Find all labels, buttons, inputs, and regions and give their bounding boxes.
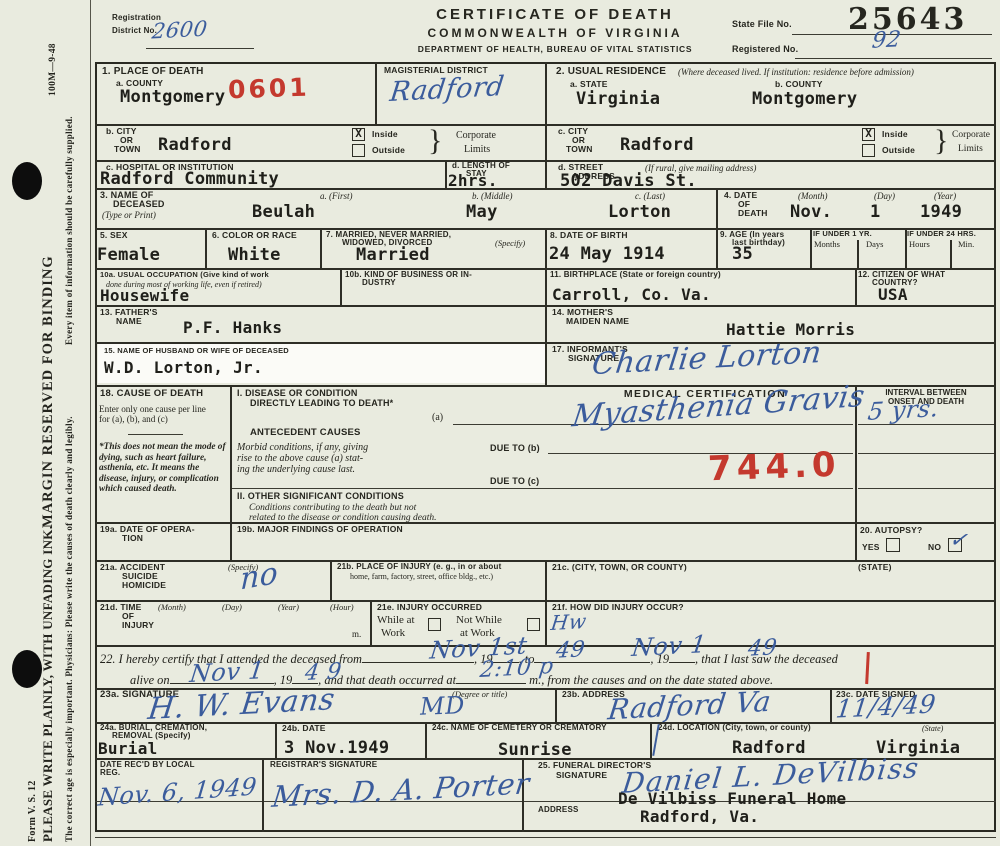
f21e-notwhile-label-1: Not While xyxy=(456,614,502,627)
f2c-town-value: Radford xyxy=(620,137,694,154)
f1-brace: } xyxy=(428,124,442,159)
f2-outside-checkbox xyxy=(862,144,875,157)
f1a-county-value: Montgomery xyxy=(120,89,225,106)
f18-due-to-c-label: DUE TO (c) xyxy=(490,477,539,487)
f19a-label-1: 19a. DATE OF OPERA- xyxy=(100,525,195,534)
district-no-label: District No. xyxy=(112,27,157,36)
f7-specify-note: (Specify) xyxy=(495,239,525,249)
district-no-rule xyxy=(146,48,254,49)
f2-title-note: (Where deceased lived. If institution: r… xyxy=(678,67,914,77)
f6-value: White xyxy=(228,247,281,264)
f2a-label: a. STATE xyxy=(570,80,608,89)
f1-inside-checkbox: X xyxy=(352,128,365,141)
margin-binding-note: MARGIN RESERVED FOR BINDING xyxy=(40,255,57,528)
margin-divider-rule xyxy=(90,0,91,846)
interval-rule-2 xyxy=(858,453,994,454)
f4-day-value: 1 xyxy=(870,204,881,221)
f3-first-label: a. (First) xyxy=(320,191,353,201)
margin-every-item-note: Every item of information should be care… xyxy=(64,116,74,345)
f18-c-rule xyxy=(232,488,853,489)
f25-label-2: SIGNATURE xyxy=(556,771,607,780)
f21e-while-label-1: While at xyxy=(377,614,415,627)
rule-v xyxy=(545,62,547,188)
binding-hole-top-icon xyxy=(12,162,42,200)
f18-title: 18. CAUSE OF DEATH xyxy=(100,389,203,399)
f8-value: 24 May 1914 xyxy=(549,246,665,263)
f20-yes-checkbox xyxy=(886,538,900,552)
f22-year1-hw: 49 xyxy=(555,639,587,663)
f13-value: P.F. Hanks xyxy=(183,320,282,336)
f9-months-label: Months xyxy=(814,240,840,250)
f24a-value: Burial xyxy=(98,741,158,757)
f20-yes-label: YES xyxy=(862,543,880,552)
f3-middle-value: May xyxy=(466,204,498,221)
f18-note-2: for (a), (b), and (c) xyxy=(99,414,168,425)
f21a-label-3: HOMICIDE xyxy=(122,581,166,590)
date-received-label-2: REG. xyxy=(100,769,120,778)
f21d-year-label: (Year) xyxy=(278,603,299,613)
f24c-label: 24c. NAME OF CEMETERY OR CREMATORY xyxy=(432,724,607,733)
district-no-value: 2600 xyxy=(151,18,209,42)
physician-address-hw: Radford Va xyxy=(606,688,772,725)
f2-corporate-label: Corporate xyxy=(952,130,990,141)
f22-time-hw: 2:10 p xyxy=(479,656,555,682)
f2-inside-checkbox: X xyxy=(862,128,875,141)
rule-v xyxy=(545,228,547,385)
f9-under24h-label: IF UNDER 24 HRS. xyxy=(907,230,976,238)
f1-magisterial-value: Radford xyxy=(388,73,505,106)
f21b-label-2: home, farm, factory, street, office bldg… xyxy=(350,572,493,581)
f5-value: Female xyxy=(97,247,160,264)
f21d-label-1: 21d. TIME xyxy=(100,603,141,612)
f21d-hour-label: (Hour) xyxy=(330,603,354,613)
f20-no-label: NO xyxy=(928,543,941,552)
f22-text-4: alive on xyxy=(130,673,170,687)
f3-last-label: c. (Last) xyxy=(635,191,665,201)
f18-other-conditions-label: II. OTHER SIGNIFICANT CONDITIONS xyxy=(237,492,404,502)
rule-v xyxy=(716,188,718,268)
rule-v xyxy=(320,228,322,268)
rule-v xyxy=(370,600,372,645)
date-signed-hw: 11/4/49 xyxy=(835,691,938,721)
f1b-town-value: Radford xyxy=(158,137,232,154)
f10a-label-1: 10a. USUAL OCCUPATION (Give kind of work xyxy=(100,271,269,279)
f25-address-label: ADDRESS xyxy=(538,806,579,815)
rule-v xyxy=(650,722,652,758)
margin-print-code: 100M—9-48 xyxy=(48,43,58,96)
f2-title: 2. USUAL RESIDENCE xyxy=(556,66,666,77)
f2-brace: } xyxy=(934,124,948,159)
f9-days-label: Days xyxy=(866,240,883,250)
f21d-label-3: INJURY xyxy=(122,621,154,630)
f1-corporate-label: Corporate xyxy=(456,130,496,142)
f10a-value: Housewife xyxy=(100,288,189,304)
registered-no-label: Registered No. xyxy=(732,45,798,55)
f3-first-value: Beulah xyxy=(252,204,315,221)
f22-to-date-hw: Nov 1 xyxy=(631,632,708,660)
f18-morbid-note-1: Morbid conditions, if any, giving xyxy=(237,442,368,454)
f1-title: 1. PLACE OF DEATH xyxy=(102,66,204,77)
f11-label: 11. BIRTHPLACE (State or foreign country… xyxy=(550,271,721,280)
registered-no-rule xyxy=(795,58,992,59)
f1-outside-label: Outside xyxy=(372,146,405,155)
f10b-label-2: DUSTRY xyxy=(362,279,396,288)
f6-label: 6. COLOR OR RACE xyxy=(212,231,297,240)
f9-min-label: Min. xyxy=(958,240,974,250)
f18-due-to-b-label: DUE TO (b) xyxy=(490,444,540,454)
interval-value: 5 yrs. xyxy=(867,396,941,424)
registered-no-value: 92 xyxy=(871,29,903,53)
f4-year-label: (Year) xyxy=(934,191,956,201)
f21e-notwhile-checkbox xyxy=(527,618,540,631)
rule-v xyxy=(205,228,207,268)
margin-physicians-note: The correct age is especially important.… xyxy=(64,416,74,842)
commonwealth-subtitle: COMMONWEALTH OF VIRGINIA xyxy=(340,26,770,40)
margin-form-number: Form V. S. 12 xyxy=(27,780,38,842)
rule-v xyxy=(275,722,277,758)
f4-month-label: (Month) xyxy=(798,191,828,201)
f18-dash-rule xyxy=(128,434,183,435)
rule-h xyxy=(95,645,996,647)
f2a-state-value: Virginia xyxy=(576,91,660,108)
f22-alive-date-hw: Nov 1 xyxy=(189,658,266,686)
funeral-home-address-value: Radford, Va. xyxy=(640,809,759,825)
department-subtitle: DEPARTMENT OF HEALTH, BUREAU OF VITAL ST… xyxy=(340,44,770,54)
rule-v xyxy=(230,385,232,560)
funeral-home-value: De Vilbiss Funeral Home xyxy=(618,791,846,807)
f19a-label-2: TION xyxy=(122,534,143,543)
f21d-m-label: m. xyxy=(352,629,361,639)
f21c-state-label: (STATE) xyxy=(858,563,892,572)
rule-v xyxy=(857,240,859,268)
f19b-label: 19b. MAJOR FINDINGS OF OPERATION xyxy=(237,525,403,534)
f21e-label: 21e. INJURY OCCURRED xyxy=(377,603,482,612)
f18-other-note-2: related to the disease or condition caus… xyxy=(249,513,437,524)
rule-v xyxy=(855,268,857,305)
rule-v xyxy=(950,240,952,268)
interval-rule-3 xyxy=(858,488,994,489)
f21e-while-checkbox xyxy=(428,618,441,631)
rule-v xyxy=(445,160,447,188)
state-file-number: 25643 xyxy=(848,2,967,37)
binding-hole-bottom-icon xyxy=(12,650,42,688)
f20-label: 20. AUTOPSY? xyxy=(860,526,922,535)
rule-v xyxy=(810,228,812,268)
f21f-scribble: Hw xyxy=(550,611,588,633)
f14-label-2: MAIDEN NAME xyxy=(566,317,629,326)
f18-morbid-note-3: ing the underlying cause last. xyxy=(237,464,355,476)
f1d-stay-value: 2hrs. xyxy=(448,173,498,189)
f21b-label-1: 21b. PLACE OF INJURY (e. g., in or about xyxy=(337,563,501,572)
f11-value: Carroll, Co. Va. xyxy=(552,287,711,303)
f21d-month-label: (Month) xyxy=(158,603,186,613)
f2-limits-label: Limits xyxy=(958,144,983,155)
rule-v xyxy=(555,688,557,722)
f20-no-checkmark: ✓ xyxy=(948,529,969,553)
rule-v xyxy=(262,758,264,832)
f12-value: USA xyxy=(878,287,908,303)
f18-antecedent-label: ANTECEDENT CAUSES xyxy=(250,428,361,438)
f8-label: 8. DATE OF BIRTH xyxy=(550,231,628,240)
f22-text-6: m., from the causes and on the date stat… xyxy=(529,673,773,687)
f1-limits-label: Limits xyxy=(464,144,490,156)
f9-age-value: 35 xyxy=(732,246,753,263)
f18-a-label: (a) xyxy=(432,412,443,424)
rule-v xyxy=(330,560,332,600)
rule-v xyxy=(545,560,547,645)
margin-please-note: PLEASE WRITE PLAINLY, WITH UNFADING INK. xyxy=(40,526,56,842)
f4-year-value: 1949 xyxy=(920,204,962,221)
f5-label: 5. SEX xyxy=(100,231,128,240)
f21d-day-label: (Day) xyxy=(222,603,242,613)
f21c-label: 21c. (CITY, TOWN, OR COUNTY) xyxy=(552,563,687,572)
rule-v xyxy=(340,268,342,305)
f13-label-2: NAME xyxy=(116,317,142,326)
f7-value: Married xyxy=(356,247,430,264)
state-file-label: State File No. xyxy=(732,20,792,30)
f24d-state-note: (State) xyxy=(922,724,943,733)
bottom-double-rule xyxy=(95,837,996,838)
f1b-label-town: TOWN xyxy=(114,145,141,154)
f4-day-label: (Day) xyxy=(874,191,895,201)
icd-code-stamp: 744.0 xyxy=(707,448,841,487)
f22-year2-hw: 49 xyxy=(747,637,779,661)
f9-under1yr-label: IF UNDER 1 YR. xyxy=(813,230,872,238)
f2c-label-town: TOWN xyxy=(566,145,593,154)
f22-number: 22. xyxy=(100,652,116,666)
f18-footnote: *This does not mean the mode of dying, s… xyxy=(99,442,226,495)
f2b-county-value: Montgomery xyxy=(752,91,857,108)
f1-outside-checkbox xyxy=(352,144,365,157)
f3-last-value: Lorton xyxy=(608,204,671,221)
f15-label: 15. NAME OF HUSBAND OR WIFE OF DECEASED xyxy=(104,347,289,355)
f15-value: W.D. Lorton, Jr. xyxy=(104,360,263,376)
rule-v xyxy=(425,722,427,758)
f18-disease-label-2: DIRECTLY LEADING TO DEATH* xyxy=(250,399,393,409)
rule-v xyxy=(830,688,832,722)
f24d-label: 24d. LOCATION (City, town, or county) xyxy=(658,724,811,733)
f2-inside-label: Inside xyxy=(882,130,908,139)
f24b-value: 3 Nov.1949 xyxy=(284,740,389,757)
f1-inside-label: Inside xyxy=(372,130,398,139)
f1-district-code-stamp: 0601 xyxy=(228,75,310,103)
rule-v xyxy=(375,62,377,124)
f18-morbid-note-2: rise to the above cause (a) stat- xyxy=(237,453,363,465)
registrar-signature-label: REGISTRAR'S SIGNATURE xyxy=(270,761,377,770)
f21a-scribble: no xyxy=(240,558,279,595)
f2-outside-label: Outside xyxy=(882,146,915,155)
f18-note-1: Enter only one cause per line xyxy=(99,404,206,415)
death-certificate-page: 100M—9-48 Every item of information shou… xyxy=(0,0,1000,846)
f24c-value: Sunrise xyxy=(498,742,572,759)
f4-title-3: DEATH xyxy=(738,209,768,218)
f3-title-3: (Type or Print) xyxy=(102,210,156,220)
f3-title-2: DECEASED xyxy=(113,200,165,210)
f24d-city-value: Radford xyxy=(732,740,806,757)
f3-middle-label: b. (Middle) xyxy=(472,191,513,201)
f9-hours-label: Hours xyxy=(909,240,930,250)
f2b-label: b. COUNTY xyxy=(775,80,823,89)
f21e-while-label-2: Work xyxy=(381,627,405,640)
page-title: CERTIFICATE OF DEATH xyxy=(340,6,770,23)
f4-month-value: Nov. xyxy=(790,204,832,221)
f24b-label: 24b. DATE xyxy=(282,724,326,733)
f2d-street-value: 502 Davis St. xyxy=(560,173,697,190)
physician-degree-hw: MD xyxy=(420,693,466,719)
f1c-hospital-value: Radford Community xyxy=(100,171,279,188)
